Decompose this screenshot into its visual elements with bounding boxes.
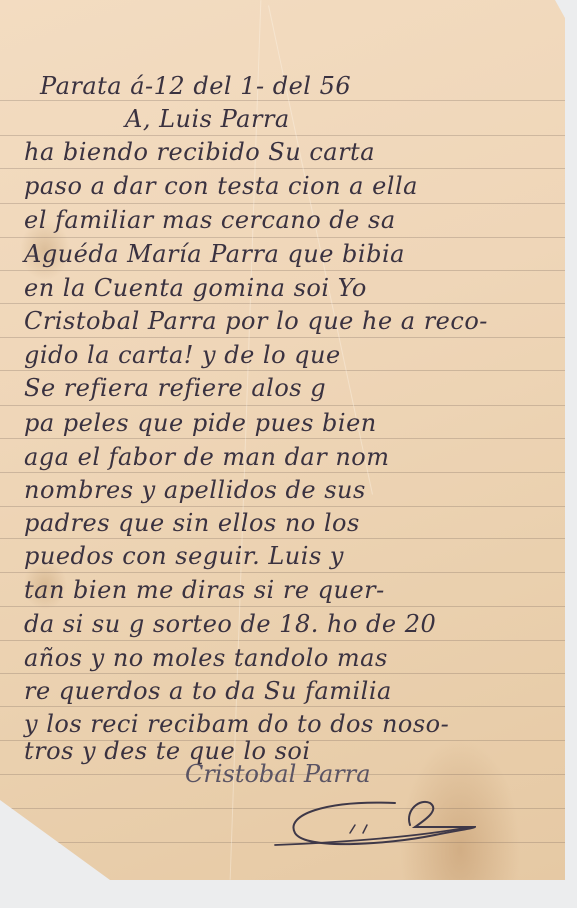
signature-flourish-icon bbox=[265, 795, 485, 855]
signature-name: Cristobal Parra bbox=[185, 760, 371, 788]
letter-body-line: Aguéda María Parra que bibia bbox=[24, 240, 405, 268]
letter-body-line: años y no moles tandolo mas bbox=[24, 644, 388, 672]
ruled-line bbox=[0, 100, 565, 101]
ruled-line bbox=[0, 640, 565, 641]
letter-body-line: el familiar mas cercano de sa bbox=[24, 206, 396, 234]
letter-body-line: paso a dar con testa cion a ella bbox=[24, 172, 418, 200]
letter-place-date: Parata á-12 del 1- del 56 bbox=[40, 72, 351, 100]
letter-body-line: Cristobal Parra por lo que he a reco- bbox=[24, 307, 488, 335]
letter-body-line: gido la carta! y de lo que bbox=[24, 341, 341, 369]
letter-body-line: tan bien me diras si re quer- bbox=[24, 576, 385, 604]
letter-body-line: pa peles que pide pues bien bbox=[24, 409, 377, 437]
ruled-line bbox=[0, 237, 565, 238]
letter-body-line: Se refiera refiere alos g bbox=[24, 374, 326, 402]
ruled-line bbox=[0, 572, 565, 573]
letter-body-line: y los reci recibam do to dos noso- bbox=[24, 710, 449, 738]
letter-salutation: A, Luis Parra bbox=[125, 105, 290, 133]
ruled-line bbox=[0, 673, 565, 674]
ruled-line bbox=[0, 303, 565, 304]
letter-body-line: da si su g sorteo de 18. ho de 20 bbox=[24, 610, 436, 638]
ruled-line bbox=[0, 270, 565, 271]
letter-body-line: re querdos a to da Su familia bbox=[24, 677, 392, 705]
letter-body-line: padres que sin ellos no los bbox=[24, 509, 360, 537]
ruled-line bbox=[0, 438, 565, 439]
ruled-line bbox=[0, 168, 565, 169]
letter-body-line: nombres y apellidos de sus bbox=[24, 476, 366, 504]
letter-body-line: en la Cuenta gomina soi Yo bbox=[24, 274, 367, 302]
letter-body-line: puedos con seguir. Luis y bbox=[24, 542, 344, 570]
ruled-line bbox=[0, 135, 565, 136]
ruled-line bbox=[0, 472, 565, 473]
ruled-line bbox=[0, 370, 565, 371]
ruled-line bbox=[0, 538, 565, 539]
ruled-line bbox=[0, 203, 565, 204]
letter-body-line: ha biendo recibido Su carta bbox=[24, 138, 375, 166]
ruled-line bbox=[0, 506, 565, 507]
ruled-line bbox=[0, 606, 565, 607]
letter-body-line: aga el fabor de man dar nom bbox=[24, 443, 390, 471]
ruled-line bbox=[0, 405, 565, 406]
ruled-line bbox=[0, 706, 565, 707]
ruled-line bbox=[0, 337, 565, 338]
